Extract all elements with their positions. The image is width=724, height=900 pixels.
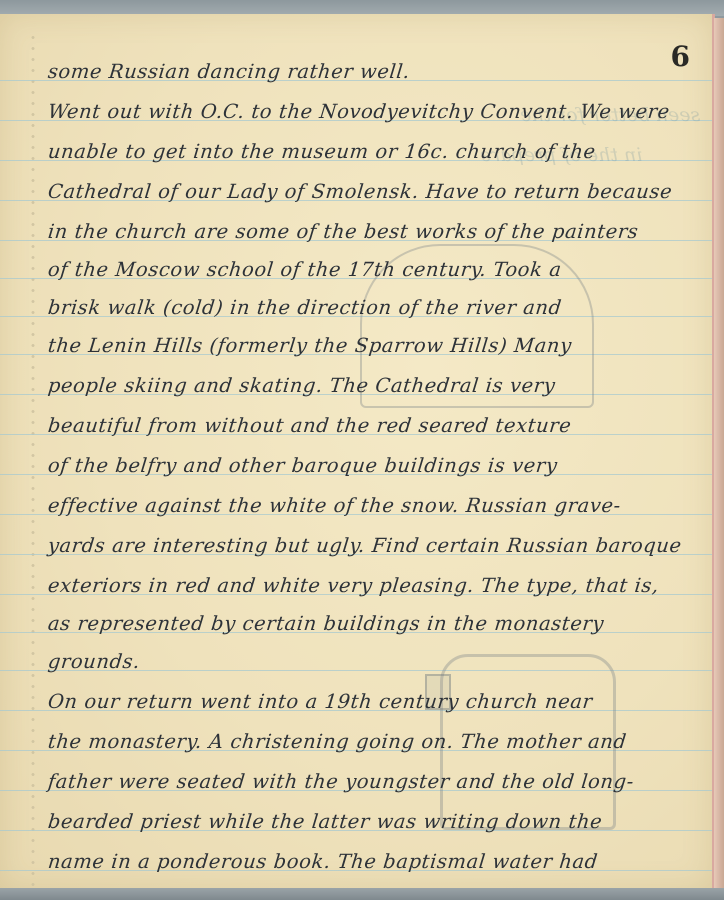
handwritten-line: Went out with O.C. to the Novodyevitchy … bbox=[47, 100, 673, 123]
handwritten-line: as represented by certain buildings in t… bbox=[47, 612, 673, 635]
handwritten-line: the Lenin Hills (formerly the Sparrow Hi… bbox=[47, 334, 673, 357]
notebook-page: seen better for the in the of prepare 6 … bbox=[0, 14, 715, 890]
handwritten-line: in the church are some of the best works… bbox=[47, 220, 673, 243]
handwritten-line: the monastery. A christening going on. T… bbox=[47, 730, 673, 753]
handwritten-line: beautiful from without and the red seare… bbox=[47, 414, 673, 437]
handwritten-line: yards are interesting but ugly. Find cer… bbox=[47, 534, 673, 557]
handwritten-line: On our return went into a 19th century c… bbox=[47, 690, 673, 713]
handwritten-line: exteriors in red and white very pleasing… bbox=[47, 574, 673, 597]
handwritten-line: people skiing and skating. The Cathedral… bbox=[47, 374, 673, 397]
handwritten-line: effective against the white of the snow.… bbox=[47, 494, 673, 517]
handwritten-line: some Russian dancing rather well. bbox=[47, 60, 673, 83]
handwritten-line: name in a ponderous book. The baptismal … bbox=[47, 850, 673, 873]
handwritten-line: of the belfry and other baroque building… bbox=[47, 454, 673, 477]
handwritten-line: of the Moscow school of the 17th century… bbox=[47, 258, 673, 281]
handwritten-line: bearded priest while the latter was writ… bbox=[47, 810, 673, 833]
handwritten-line: unable to get into the museum or 16c. ch… bbox=[47, 140, 673, 163]
handwritten-line: Cathedral of our Lady of Smolensk. Have … bbox=[47, 180, 673, 203]
handwritten-line: brisk walk (cold) in the direction of th… bbox=[47, 296, 673, 319]
handwritten-line: grounds. bbox=[47, 650, 673, 673]
scan-background-bottom bbox=[0, 888, 724, 900]
page-edge bbox=[714, 18, 724, 890]
page-number: 6 bbox=[671, 40, 690, 73]
handwritten-line: father were seated with the youngster an… bbox=[47, 770, 673, 793]
perforation-edge bbox=[28, 32, 38, 892]
